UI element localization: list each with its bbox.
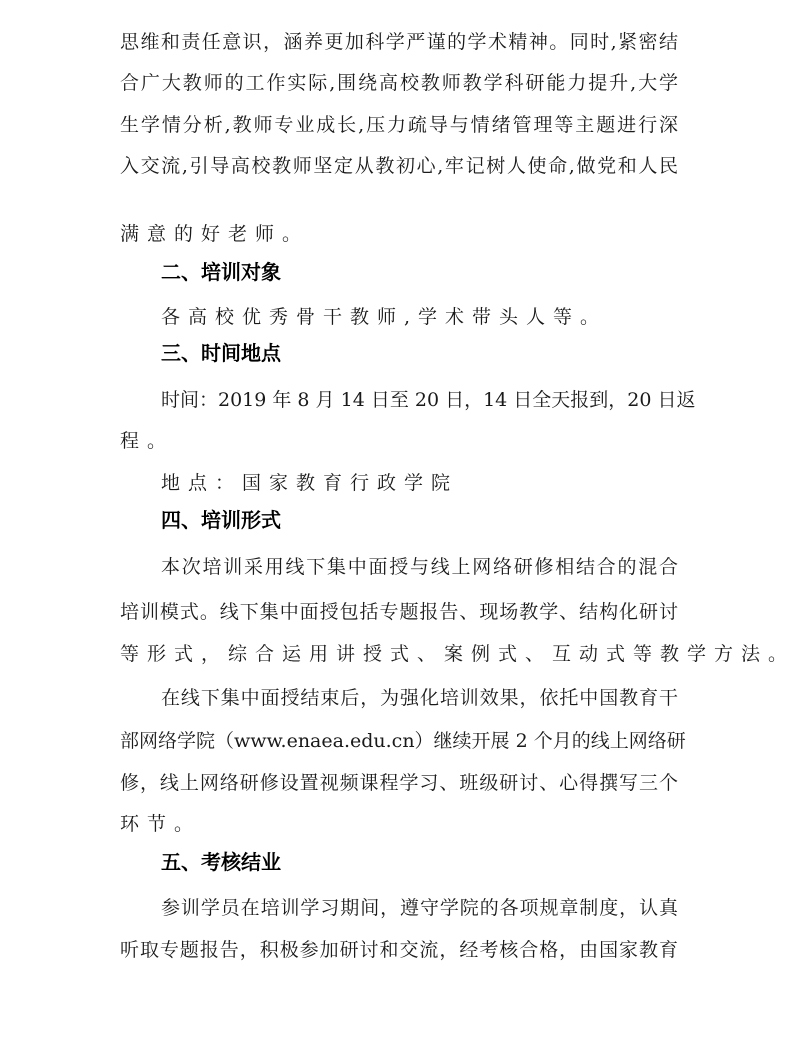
body-text-line: 在线下集中面授结束后，为强化培训效果，依托中国教育干 [161,685,678,711]
body-text-line: 思维和责任意识，涵养更加科学严谨的学术精神。同时,紧密结 [120,29,678,55]
body-text-line: 合广大教师的工作实际,围绕高校教师教学科研能力提升,大学 [120,70,678,96]
document-page: 思维和责任意识，涵养更加科学严谨的学术精神。同时,紧密结 合广大教师的工作实际,… [0,0,800,1041]
body-text-line: 听取专题报告，积极参加研讨和交流，经考核合格，由国家教育 [120,937,678,963]
section-heading: 三、时间地点 [161,340,281,366]
body-text-line: 等形式，综合运用讲授式、案例式、互动式等教学方法。 [120,641,678,667]
body-text-line: 生学情分析,教师专业成长,压力疏导与情绪管理等主题进行深 [120,112,678,138]
section-heading: 四、培训形式 [161,507,281,533]
body-text-line: 环节。 [120,811,678,837]
body-text-line: 培训模式。线下集中面授包括专题报告、现场教学、结构化研讨 [120,599,678,625]
body-text-line: 程。 [120,428,678,454]
body-text-line: 时间：2019 年 8 月 14 日至 20 日，14 日全天报到，20 日返 [161,387,678,413]
body-text-line: 入交流,引导高校教师坚定从教初心,牢记树人使命,做党和人民 [120,153,678,179]
section-heading: 二、培训对象 [161,259,281,285]
body-text-line: 参训学员在培训学习期间，遵守学院的各项规章制度，认真 [161,895,678,921]
body-text-line: 地点：国家教育行政学院 [161,470,678,496]
body-text-line: 修，线上网络研修设置视频课程学习、班级研讨、心得撰写三个 [120,770,678,796]
section-heading: 五、考核结业 [161,849,281,875]
body-text-line: 部网络学院（www.enaea.edu.cn）继续开展 2 个月的线上网络研 [120,728,678,754]
body-text-line: 本次培训采用线下集中面授与线上网络研修相结合的混合 [161,554,678,580]
body-text-line: 各高校优秀骨干教师,学术带头人等。 [161,304,678,330]
body-text-line: 满意的好老师。 [120,221,678,247]
